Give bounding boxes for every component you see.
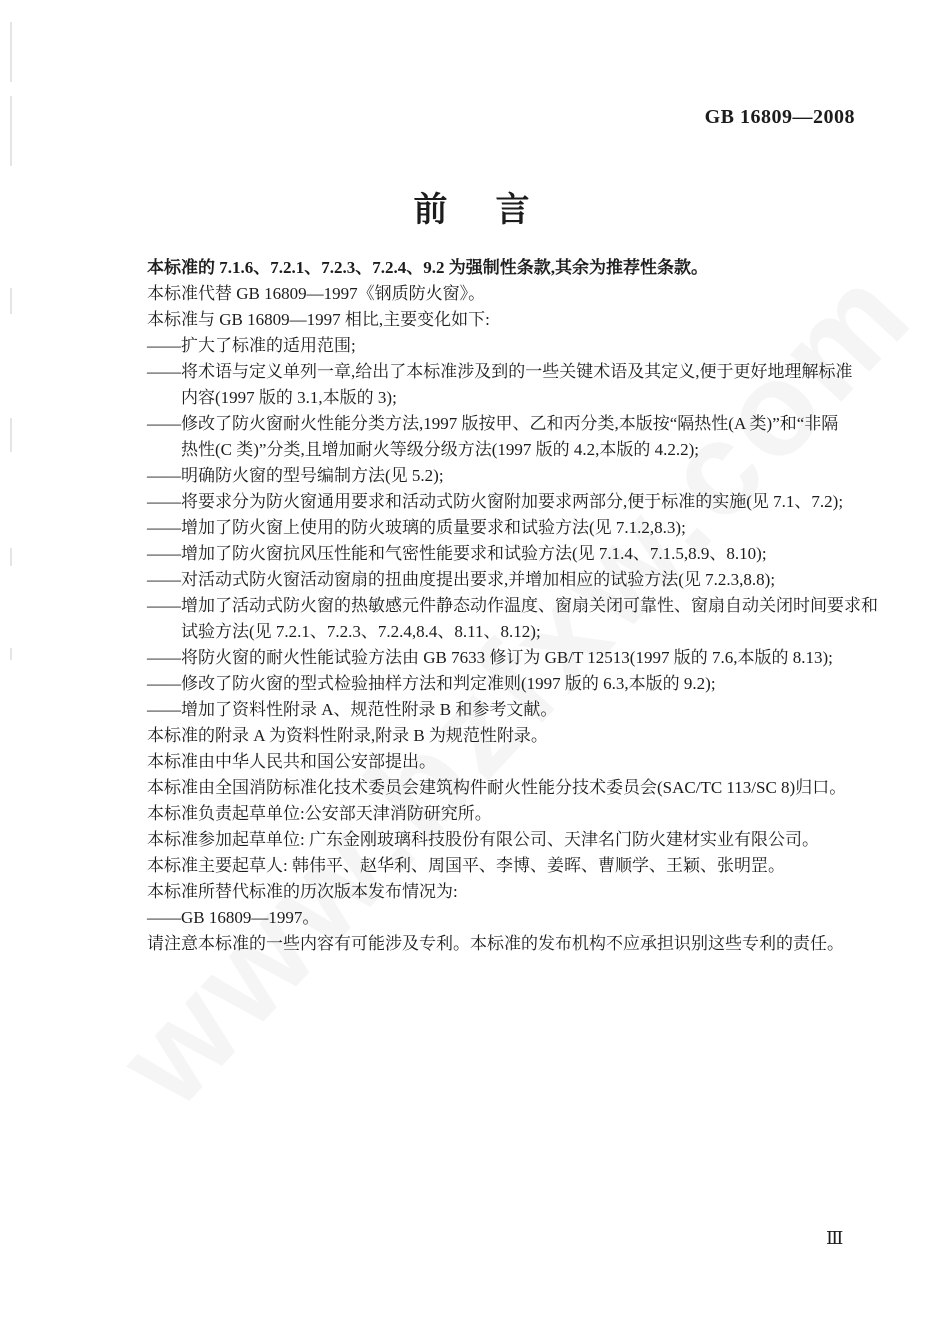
standard-code: GB 16809—2008 [0, 106, 855, 129]
body-line: 本标准由中华人民共和国公安部提出。 [147, 749, 877, 775]
body-line: 本标准的 7.1.6、7.2.1、7.2.3、7.2.4、9.2 为强制性条款,… [147, 255, 877, 281]
body-line: 本标准由全国消防标准化技术委员会建筑构件耐火性能分技术委员会(SAC/TC 11… [147, 775, 877, 801]
document-page: www.bzfxw.com GB 16809—2008 前 言 本标准的 7.1… [0, 0, 950, 1344]
scan-artifact [10, 418, 12, 452]
body-line: 本标准与 GB 16809—1997 相比,主要变化如下: [147, 307, 877, 333]
page-number: Ⅲ [826, 1228, 843, 1249]
body-line: 请注意本标准的一些内容有可能涉及专利。本标准的发布机构不应承担识别这些专利的责任… [147, 931, 877, 957]
body-line: ——修改了防火窗的型式检验抽样方法和判定准则(1997 版的 6.3,本版的 9… [147, 671, 877, 697]
scan-artifact [10, 648, 12, 660]
body-line: ——增加了资料性附录 A、规范性附录 B 和参考文献。 [147, 697, 877, 723]
body-line: 本标准代替 GB 16809—1997《钢质防火窗》。 [147, 281, 877, 307]
body-line: 内容(1997 版的 3.1,本版的 3); [147, 385, 877, 411]
body-line: ——扩大了标准的适用范围; [147, 333, 877, 359]
body-line: 试验方法(见 7.2.1、7.2.3、7.2.4,8.4、8.11、8.12); [147, 619, 877, 645]
body-line: ——明确防火窗的型号编制方法(见 5.2); [147, 463, 877, 489]
body-line: ——GB 16809—1997。 [147, 905, 877, 931]
body-line: 本标准参加起草单位: 广东金刚玻璃科技股份有限公司、天津名门防火建材实业有限公司… [147, 827, 877, 853]
scan-artifact [10, 288, 12, 314]
body-line: 热性(C 类)”分类,且增加耐火等级分级方法(1997 版的 4.2,本版的 4… [147, 437, 877, 463]
page-title: 前 言 [0, 182, 950, 231]
body-line: ——增加了防火窗抗风压性能和气密性能要求和试验方法(见 7.1.4、7.1.5,… [147, 541, 877, 567]
body-line: ——增加了防火窗上使用的防火玻璃的质量要求和试验方法(见 7.1.2,8.3); [147, 515, 877, 541]
body-line: 本标准的附录 A 为资料性附录,附录 B 为规范性附录。 [147, 723, 877, 749]
body-line: 本标准主要起草人: 韩伟平、赵华利、周国平、李博、姜晖、曹顺学、王颖、张明罡。 [147, 853, 877, 879]
body-line: ——将要求分为防火窗通用要求和活动式防火窗附加要求两部分,便于标准的实施(见 7… [147, 489, 877, 515]
body-line: ——对活动式防火窗活动窗扇的扭曲度提出要求,并增加相应的试验方法(见 7.2.3… [147, 567, 877, 593]
scan-artifact [10, 548, 12, 566]
body-line: 本标准负责起草单位:公安部天津消防研究所。 [147, 801, 877, 827]
body-line: ——将术语与定义单列一章,给出了本标准涉及到的一些关键术语及其定义,便于更好地理… [147, 359, 877, 385]
body-line: ——修改了防火窗耐火性能分类方法,1997 版按甲、乙和丙分类,本版按“隔热性(… [147, 411, 877, 437]
body-line: ——增加了活动式防火窗的热敏感元件静态动作温度、窗扇关闭可靠性、窗扇自动关闭时间… [147, 593, 877, 619]
body-line: 本标准所替代标准的历次版本发布情况为: [147, 879, 877, 905]
body-line: ——将防火窗的耐火性能试验方法由 GB 7633 修订为 GB/T 12513(… [147, 645, 877, 671]
foreword-body: 本标准的 7.1.6、7.2.1、7.2.3、7.2.4、9.2 为强制性条款,… [147, 255, 877, 957]
scan-artifact [10, 22, 12, 82]
